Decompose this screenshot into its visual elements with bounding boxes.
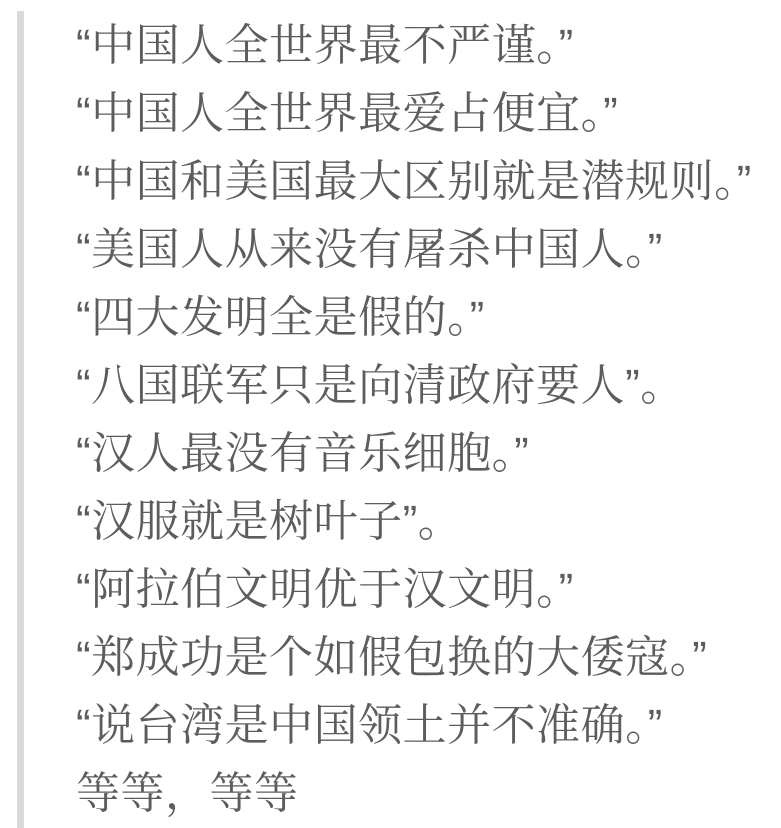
quote-text-page: “中国人全世界最不严谨。” “中国人全世界最爱占便宜。” “中国和美国最大区别就… bbox=[0, 0, 781, 828]
quote-line: “汉服就是树叶子”。 bbox=[76, 488, 781, 556]
quote-line: “美国人从来没有屠杀中国人。” bbox=[76, 216, 781, 284]
quote-line: “中国人全世界最爱占便宜。” bbox=[76, 80, 781, 148]
blockquote-left-bar bbox=[17, 11, 24, 828]
quote-line: “汉人最没有音乐细胞。” bbox=[76, 420, 781, 488]
quote-list: “中国人全世界最不严谨。” “中国人全世界最爱占便宜。” “中国和美国最大区别就… bbox=[76, 12, 781, 828]
quote-line: “说台湾是中国领土并不准确。” bbox=[76, 692, 781, 760]
quote-line: “阿拉伯文明优于汉文明。” bbox=[76, 556, 781, 624]
quote-line: “郑成功是个如假包换的大倭寇。” bbox=[76, 624, 781, 692]
closing-line: 等等，等等 bbox=[76, 760, 781, 828]
quote-line: “中国人全世界最不严谨。” bbox=[76, 12, 781, 80]
quote-line: “中国和美国最大区别就是潜规则。” bbox=[76, 148, 781, 216]
quote-line: “八国联军只是向清政府要人”。 bbox=[76, 352, 781, 420]
quote-line: “四大发明全是假的。” bbox=[76, 284, 781, 352]
